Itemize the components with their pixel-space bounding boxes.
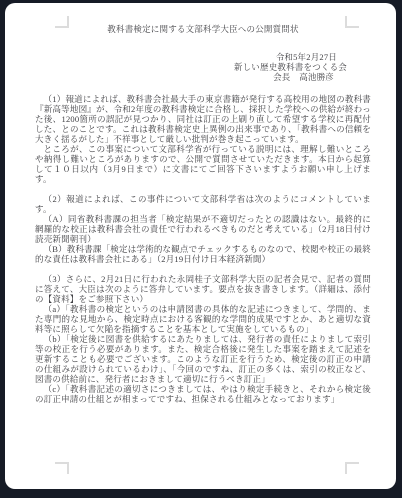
crop-mark-bottom-left-icon [55,462,69,474]
paragraph-8: （b）「検定後に図書を供給するにあたりましては、発行者の責任によりまして索引等の… [35,334,371,384]
sender-signatory: 会長 高池勝彦 [35,72,347,82]
paragraph-3: （2）報道によれば、この事件について文部科学省は次のようにコメントしています。 [35,194,371,214]
paragraph-1: （1）報道によれば、教科書会社最大手の東京書籍が発行する高校用の地図の教科書『新… [35,94,371,144]
paragraph-7: （a）「教科書の検定というのは申請図書の具体的な記述につきまして、学問的、また専… [35,304,371,334]
paragraph-6: （3）さらに、2月21日に行われた永岡桂子文部科学大臣の記者会見で、記者の質問に… [35,274,371,304]
document-viewer: 教科書検定に関する文部科学大臣への公開質問状 令和5年2月27日 新しい歴史教科… [0,0,402,498]
document-content: 教科書検定に関する文部科学大臣への公開質問状 令和5年2月27日 新しい歴史教科… [35,24,371,404]
document-page: 教科書検定に関する文部科学大臣への公開質問状 令和5年2月27日 新しい歴史教科… [5,3,396,489]
sender-block: 令和5年2月27日 新しい歴史教科書をつくる会 会長 高池勝彦 [35,52,371,82]
document-date: 令和5年2月27日 [35,52,347,62]
crop-mark-bottom-right-icon [345,462,359,474]
paragraph-4: （A）同省教科書課の担当者「検定結果が不適切だったとの認識はない。最終的に網羅的… [35,214,371,244]
paragraph-5: （B）教科書課「検定は学術的な観点でチェックするものなので、校閲や校正の最終的な… [35,244,371,264]
sender-organization: 新しい歴史教科書をつくる会 [35,62,347,72]
document-title: 教科書検定に関する文部科学大臣への公開質問状 [35,24,371,34]
paragraph-9: （c）「教科書記述の適切さにつきましては、やはり検定手続きと、それから検定後の訂… [35,384,371,404]
paragraph-2: ところが、この事案について文部科学省が行っている説明には、理解し難いところや納得… [35,144,371,184]
